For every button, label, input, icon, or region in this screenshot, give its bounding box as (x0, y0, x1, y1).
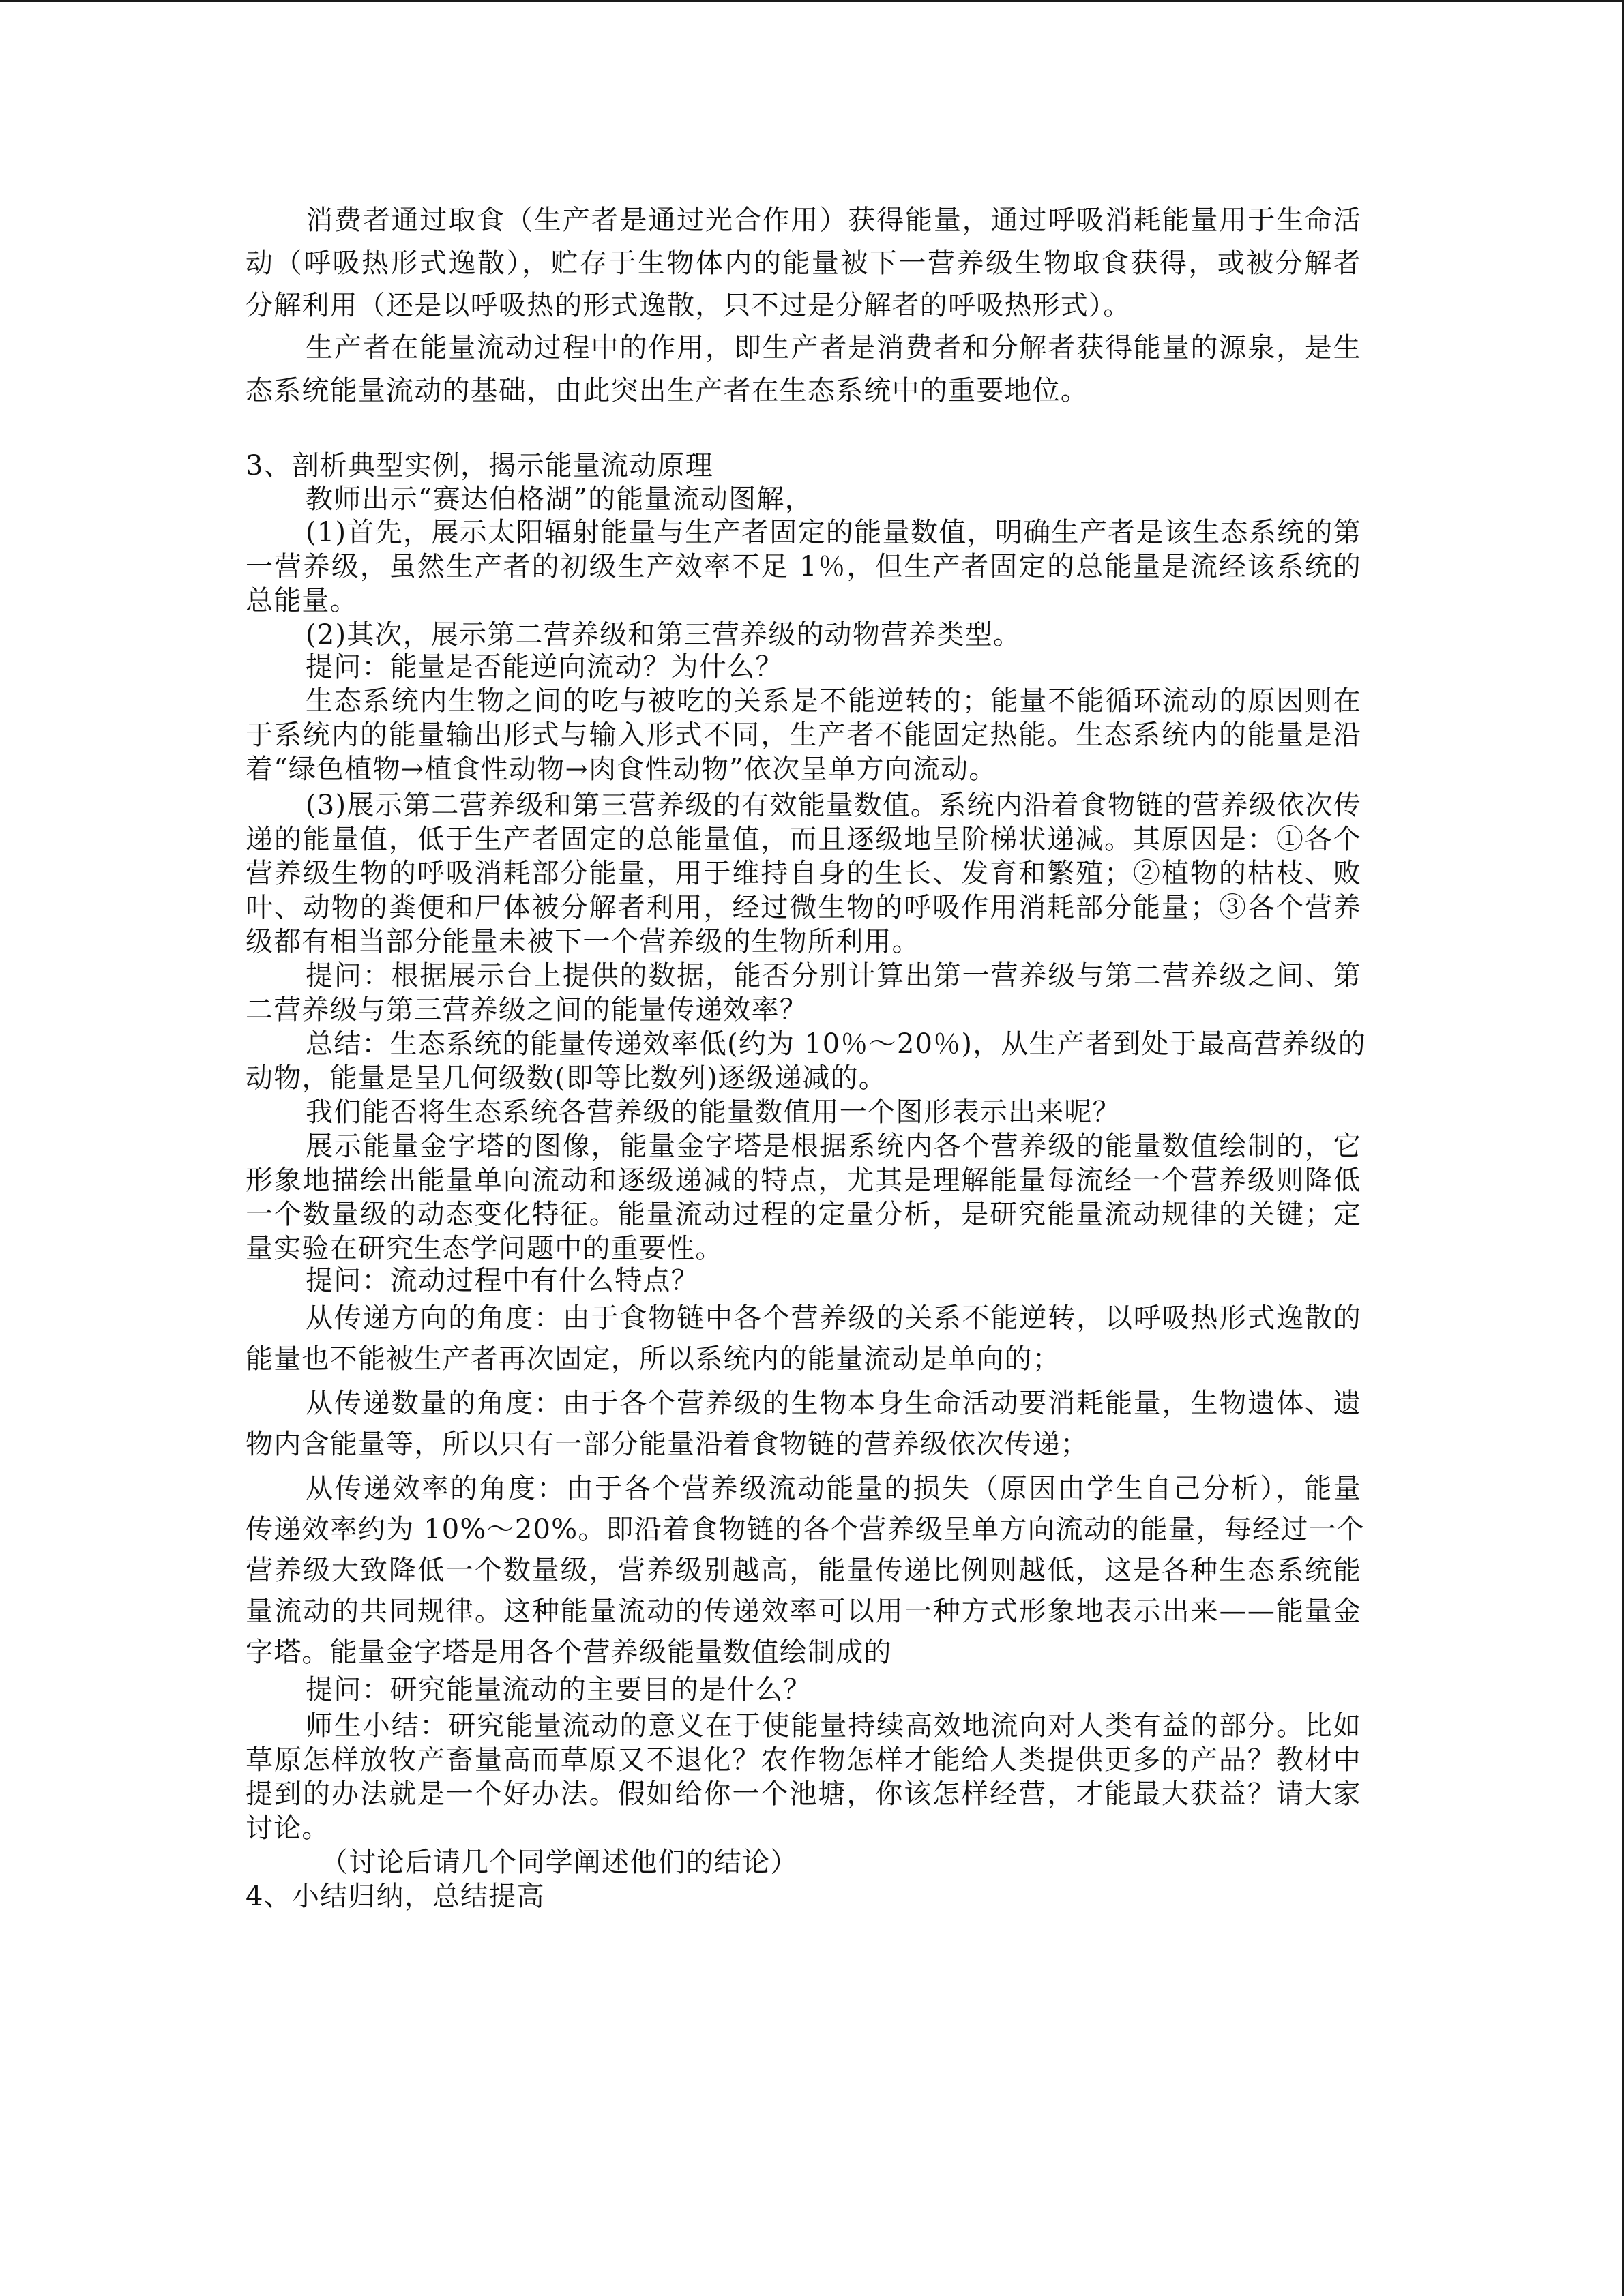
text-line: 物内含能量等，所以只有一部分能量沿着食物链的营养级依次传递； (246, 1428, 1089, 1461)
text-line: 消费者通过取食（生产者是通过光合作用）获得能量，通过呼吸消耗能量用于生命活 (306, 204, 1361, 237)
text-line: 草原怎样放牧产畜量高而草原又不退化？农作物怎样才能给人类提供更多的产品？教材中 (246, 1744, 1361, 1776)
text-line: 教师出示“赛达伯格湖”的能量流动图解， (306, 483, 813, 516)
text-line: 展示能量金字塔的图像，能量金字塔是根据系统内各个营养级的能量数值绘制的，它 (306, 1130, 1361, 1163)
text-line: 营养级生物的呼吸消耗部分能量，用于维持自身的生长、发育和繁殖；②植物的枯枝、败 (246, 857, 1361, 890)
text-line: 量实验在研究生态学问题中的重要性。 (246, 1232, 723, 1265)
text-line: 递的能量值，低于生产者固定的总能量值，而且逐级地呈阶梯状递减。其原因是：①各个 (246, 823, 1361, 856)
text-line: 3、剖析典型实例，揭示能量流动原理 (246, 449, 713, 482)
text-line: 师生小结：研究能量流动的意义在于使能量持续高效地流向对人类有益的部分。比如 (306, 1710, 1361, 1742)
text-line: 着“绿色植物→植食性动物→肉食性动物”依次呈单方向流动。 (246, 753, 997, 786)
text-line: 总结：生态系统的能量传递效率低(约为 10％～20％)，从生产者到处于最高营养级… (306, 1028, 1361, 1060)
text-line: (2)其次，展示第二营养级和第三营养级的动物营养类型。 (306, 618, 1021, 651)
text-line: 于系统内的能量输出形式与输入形式不同，生产者不能固定热能。生态系统内的能量是沿 (246, 719, 1361, 751)
text-line: 能量也不能被生产者再次固定，所以系统内的能量流动是单向的； (246, 1343, 1061, 1375)
text-line: （讨论后请几个同学阐述他们的结论） (321, 1846, 798, 1879)
text-line: (3)展示第二营养级和第三营养级的有效能量数值。系统内沿着食物链的营养级依次传 (306, 789, 1361, 822)
text-line: 字塔。能量金字塔是用各个营养级能量数值绘制成的 (246, 1636, 892, 1669)
text-line: 从传递效率的角度：由于各个营养级流动能量的损失（原因由学生自己分析），能量 (306, 1472, 1361, 1505)
text-line: 提到的办法就是一个好办法。假如给你一个池塘，你该怎样经营，才能最大获益？请大家 (246, 1778, 1361, 1810)
text-line: 二营养级与第三营养级之间的能量传递效率？ (246, 994, 808, 1026)
text-line: 从传递数量的角度：由于各个营养级的生物本身生命活动要消耗能量，生物遗体、遗 (306, 1387, 1361, 1420)
text-line: 生态系统内生物之间的吃与被吃的关系是不能逆转的；能量不能循环流动的原因则在 (306, 685, 1361, 717)
text-line: 级都有相当部分能量未被下一个营养级的生物所利用。 (246, 925, 920, 958)
text-line: (1)首先，展示太阳辐射能量与生产者固定的能量数值，明确生产者是该生态系统的第 (306, 516, 1361, 549)
text-line: 形象地描绘出能量单向流动和逐级递减的特点，尤其是理解能量每流经一个营养级则降低 (246, 1164, 1361, 1197)
text-line: 4、小结归纳，总结提高 (246, 1880, 545, 1913)
text-line: 总能量。 (246, 584, 358, 617)
text-line: 我们能否将生态系统各营养级的能量数值用一个图形表示出来呢？ (306, 1096, 1121, 1129)
text-line: 一营养级，虽然生产者的初级生产效率不足 1％，但生产者固定的总能量是流经该系统的 (246, 550, 1361, 583)
text-line: 一个数量级的动态变化特征。能量流动过程的定量分析，是研究能量流动规律的关键；定 (246, 1198, 1361, 1231)
text-line: 提问：根据展示台上提供的数据，能否分别计算出第一营养级与第二营养级之间、第 (306, 959, 1361, 992)
text-line: 量流动的共同规律。这种能量流动的传递效率可以用一种方式形象地表示出来——能量金 (246, 1595, 1361, 1628)
text-line: 提问：流动过程中有什么特点？ (306, 1264, 699, 1297)
text-line: 态系统能量流动的基础，由此突出生产者在生态系统中的重要地位。 (246, 374, 1089, 407)
text-line: 分解利用（还是以呼吸热的形式逸散，只不过是分解者的呼吸热形式）。 (246, 289, 1131, 322)
text-line: 提问：能量是否能逆向流动？为什么？ (306, 651, 783, 683)
document-page: 消费者通过取食（生产者是通过光合作用）获得能量，通过呼吸消耗能量用于生命活动（呼… (0, 0, 1624, 2296)
text-line: 提问：研究能量流动的主要目的是什么？ (306, 1673, 812, 1706)
text-line: 讨论。 (246, 1812, 330, 1845)
text-line: 动（呼吸热形式逸散），贮存于生物体内的能量被下一营养级生物取食获得，或被分解者 (246, 247, 1361, 280)
text-line: 叶、动物的粪便和尸体被分解者利用，经过微生物的呼吸作用消耗部分能量；③各个营养 (246, 891, 1361, 924)
text-line: 营养级大致降低一个数量级，营养级别越高，能量传递比例则越低，这是各种生态系统能 (246, 1554, 1361, 1587)
text-line: 传递效率约为 10%～20%。即沿着食物链的各个营养级呈单方向流动的能量，每经过… (246, 1513, 1361, 1546)
text-line: 动物，能量是呈几何级数(即等比数列)逐级递减的。 (246, 1062, 887, 1094)
text-line: 从传递方向的角度：由于食物链中各个营养级的关系不能逆转，以呼吸热形式逸散的 (306, 1302, 1361, 1335)
text-line: 生产者在能量流动过程中的作用，即生产者是消费者和分解者获得能量的源泉，是生 (306, 331, 1361, 364)
